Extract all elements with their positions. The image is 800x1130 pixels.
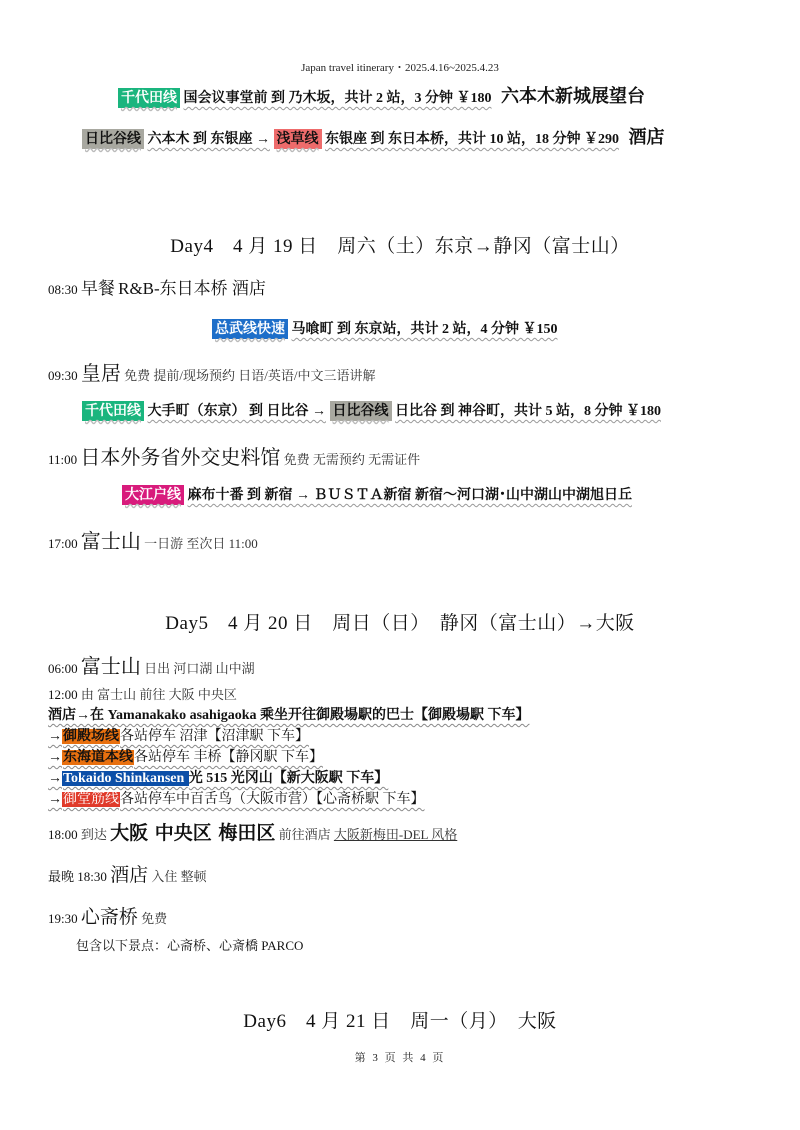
document-header: Japan travel itinerary・2025.4.16~2025.4.… [0, 59, 800, 75]
line-badge-gotemba: 御殿场线 [62, 729, 120, 744]
time: 09:30 [48, 368, 78, 383]
day4-heading: Day4 4 月 19 日 周六（土）东京→静冈（富士山） [0, 231, 800, 258]
title: 富士山 [81, 529, 141, 553]
note: 免费 无需预约 无需证件 [284, 452, 421, 467]
route-sobu: 总武线快速 马喰町 到 东京站，共计 2 站，4 分钟 ￥150 [212, 318, 558, 341]
time: 19:30 [48, 911, 78, 926]
destination: 酒店 [629, 127, 665, 148]
day5-fuji-sunrise: 06:00 富士山 日出 河口湖 山中湖 [48, 650, 255, 679]
day5-shinsaibashi: 19:30 心斋桥 免费 [48, 902, 167, 929]
time: 最晚 18:30 [48, 869, 107, 884]
time: 18:00 [48, 827, 78, 842]
note: 日出 河口湖 山中湖 [144, 661, 255, 676]
line-badge-asakusa: 浅草线 [274, 129, 322, 149]
route-text-2: 日比谷 到 神谷町，共计 5 站，8 分钟 ￥180 [395, 404, 661, 419]
title: 富士山 [81, 654, 141, 678]
note: 免费 提前/现场预约 日语/英语/中文三语讲解 [124, 368, 375, 383]
route-text: 大手町（东京） 到 日比谷 → [148, 404, 327, 419]
route-text: 国会议事堂前 到 乃木坂，共计 2 站，3 分钟 ￥180 [184, 91, 492, 106]
page-number: 第 3 页 共 4 页 [0, 1049, 800, 1065]
route-text: 麻布十番 到 新宿 → ＢＵＳＴＡ新宿 新宿～河口湖･山中湖山中湖旭日丘 [188, 488, 633, 503]
time: 17:00 [48, 536, 78, 551]
transfer-step: →御殿场线各站停车 沼津【沼津駅 下车】 [48, 726, 530, 747]
line-badge-sobu-rapid: 总武线快速 [212, 319, 288, 339]
note: 由 富士山 前往 大阪 中央区 [81, 687, 237, 702]
transfer-step: →东海道本线各站停车 丰桥【静冈駅 下车】 [48, 747, 530, 768]
line-badge-oedo: 大江户线 [122, 485, 184, 505]
route-hibiya-asakusa: 日比谷线 六本木 到 东银座 → 浅草线 东银座 到 东日本桥，共计 10 站，… [82, 127, 665, 151]
line-badge-shinkansen: Tokaido Shinkansen [62, 771, 189, 786]
note: R&B-东日本桥 酒店 [118, 279, 266, 298]
day5-arrival: 18:00 到达 大阪 中央区 梅田区 前往酒店 大阪新梅田-DEL 风格 [48, 818, 457, 845]
title: 酒店 [110, 864, 148, 886]
day5-heading: Day5 4 月 20 日 周日（日） 静冈（富士山）→大阪 [0, 608, 800, 635]
title: 早餐 [81, 279, 115, 298]
note: 前往酒店 [279, 827, 331, 842]
transfer-step: →Tokaido Shinkansen 光 515 光冈山【新大阪駅 下车】 [48, 768, 530, 789]
day6-heading: Day6 4 月 21 日 周一（月） 大阪 [0, 1006, 800, 1033]
note: 一日游 至次日 11:00 [144, 536, 258, 551]
verb: 到达 [81, 827, 107, 842]
time: 11:00 [48, 452, 77, 467]
time: 08:30 [48, 282, 78, 297]
route-text: 六本木 到 东银座 → [148, 132, 271, 147]
shinsaibashi-detail: 包含以下景点：心斋桥、心斎橋 PARCO [76, 935, 303, 954]
line-badge-hibiya: 日比谷线 [330, 401, 392, 421]
route-oedo-bus: 大江户线 麻布十番 到 新宿 → ＢＵＳＴＡ新宿 新宿～河口湖･山中湖山中湖旭日… [122, 484, 632, 507]
hotel-link[interactable]: 大阪新梅田-DEL 风格 [334, 827, 457, 842]
day5-transfers: 酒店→在 Yamanakako asahigaoka 乘坐开往御殿場駅的巴士【御… [48, 705, 530, 810]
destination: 六本木新城展望台 [501, 86, 645, 107]
route-text-2: 东银座 到 东日本桥，共计 10 站，18 分钟 ￥290 [325, 132, 619, 147]
line-badge-hibiya: 日比谷线 [82, 129, 144, 149]
places: 大阪 中央区 梅田区 [110, 822, 275, 844]
day4-breakfast: 08:30 早餐 R&B-东日本桥 酒店 [48, 274, 266, 299]
line-badge-chiyoda: 千代田线 [82, 401, 144, 421]
note: 入住 整顿 [151, 869, 206, 884]
title: 日本外务省外交史料馆 [80, 445, 280, 469]
transfer-step: 酒店→在 Yamanakako asahigaoka 乘坐开往御殿場駅的巴士【御… [48, 705, 530, 726]
route-chiyoda-hibiya: 千代田线 大手町（东京） 到 日比谷 → 日比谷线 日比谷 到 神谷町，共计 5… [82, 400, 661, 423]
day4-diplomatic-archives: 11:00 日本外务省外交史料馆 免费 无需预约 无需证件 [48, 441, 420, 470]
day5-depart: 12:00 由 富士山 前往 大阪 中央区 [48, 684, 237, 703]
line-badge-midosuji: 御堂筋线 [62, 792, 120, 807]
transfer-step: →御堂筋线各站停车中百舌鸟（大阪市营）【心斋桥駅 下车】 [48, 789, 530, 810]
day5-checkin: 最晚 18:30 酒店 入住 整顿 [48, 860, 207, 887]
note: 免费 [141, 911, 167, 926]
line-badge-chiyoda: 千代田线 [118, 88, 180, 108]
day4-imperial-palace: 09:30 皇居 免费 提前/现场预约 日语/英语/中文三语讲解 [48, 357, 375, 386]
title: 心斋桥 [81, 906, 138, 928]
time: 06:00 [48, 661, 78, 676]
route-text: 马喰町 到 东京站，共计 2 站，4 分钟 ￥150 [292, 322, 558, 337]
line-badge-tokaido: 东海道本线 [62, 750, 134, 765]
day4-mt-fuji: 17:00 富士山 一日游 至次日 11:00 [48, 525, 258, 554]
route-chiyoda-nogizaka: 千代田线 国会议事堂前 到 乃木坂，共计 2 站，3 分钟 ￥180 六本木新城… [118, 86, 645, 110]
title: 皇居 [81, 361, 121, 385]
time: 12:00 [48, 687, 78, 702]
